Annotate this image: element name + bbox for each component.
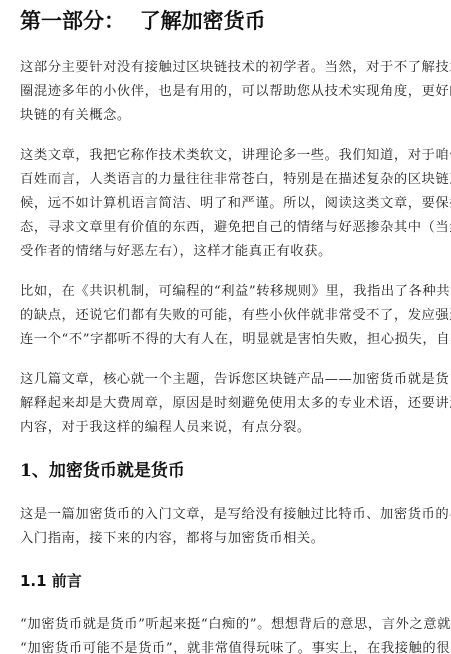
text-line: 受作者的情绪与好恶左右），这样才能真正有收获。 (20, 240, 436, 264)
intro-paragraph-2: 这类文章，我把它称作技术类软文，讲理论多一些。我们知道，对于咱们普通老 百姓而言… (20, 144, 436, 264)
text-line: 内容，对于我这样的编程人员来说，有点分裂。 (20, 416, 436, 440)
intro-paragraph-1: 这部分主要针对没有接触过区块链技术的初学者。当然，对于不了解技术，在币 圈混迹多… (20, 56, 436, 128)
page-title: 第一部分： 了解加密货币 (20, 8, 436, 34)
section-1-paragraph: 这是一篇加密货币的入门文章，是写给没有接触过比特币、加密货币的小伙伴的 入门指南… (20, 503, 436, 551)
intro-paragraph-4: 这几篇文章，核心就一个主题，告诉您区块链产品——加密货币就是货币，但是 解释起来… (20, 368, 436, 440)
section-heading-1-1: 1.1 前言 (20, 569, 436, 593)
text-line: 解释起来却是大费周章，原因是时刻避免使用太多的专业术语，还要讲透原理和 (20, 392, 436, 416)
text-line: 这是一篇加密货币的入门文章，是写给没有接触过比特币、加密货币的小伙伴的 (20, 503, 436, 527)
section-heading-1: 1、加密货币就是货币 (20, 459, 436, 483)
text-line: 这几篇文章，核心就一个主题，告诉您区块链产品——加密货币就是货币，但是 (20, 368, 436, 392)
text-line: 这部分主要针对没有接触过区块链技术的初学者。当然，对于不了解技术，在币 (20, 56, 436, 80)
text-line: 比如，在《共识机制，可编程的“利益”转移规则》里，我指出了各种共识机制 (20, 280, 436, 304)
text-line: 态，寻求文章里有价值的东西，避免把自己的情绪与好恶掺杂其中（当然也不要 (20, 216, 436, 240)
text-line: “加密货币可能不是货币”，就非常值得玩味了。事实上，在我接触的很多朋友 (20, 637, 436, 654)
text-line: “加密货币就是货币”听起来挺“白痴的”。想想背后的意思，言外之意就是 (20, 613, 436, 637)
document-page: 第一部分： 了解加密货币 这部分主要针对没有接触过区块链技术的初学者。当然，对于… (20, 0, 436, 654)
text-line: 圈混迹多年的小伙伴，也是有用的，可以帮助您从技术实现角度，更好的理解区 (20, 80, 436, 104)
text-line: 百姓而言，人类语言的力量往往非常苍白，特别是在描述复杂的区块链产品的时 (20, 168, 436, 192)
text-line: 块链的有关概念。 (20, 104, 436, 128)
text-line: 连一个“不”字都听不得的大有人在，明显就是害怕失败，担心损失，自欺欺人。 (20, 328, 436, 352)
section-1-1-paragraph: “加密货币就是货币”听起来挺“白痴的”。想想背后的意思，言外之意就是 “加密货币… (20, 613, 436, 654)
text-line: 的缺点，还说它们都有失败的可能，有些小伙伴就非常受不了，发应强烈，这种 (20, 304, 436, 328)
text-line: 入门指南，接下来的内容，都将与加密货币相关。 (20, 527, 436, 551)
intro-paragraph-3: 比如，在《共识机制，可编程的“利益”转移规则》里，我指出了各种共识机制 的缺点，… (20, 280, 436, 352)
text-line: 候，远不如计算机语言简洁、明了和严谨。所以，阅读这类文章，要保持良好心 (20, 192, 436, 216)
text-line: 这类文章，我把它称作技术类软文，讲理论多一些。我们知道，对于咱们普通老 (20, 144, 436, 168)
